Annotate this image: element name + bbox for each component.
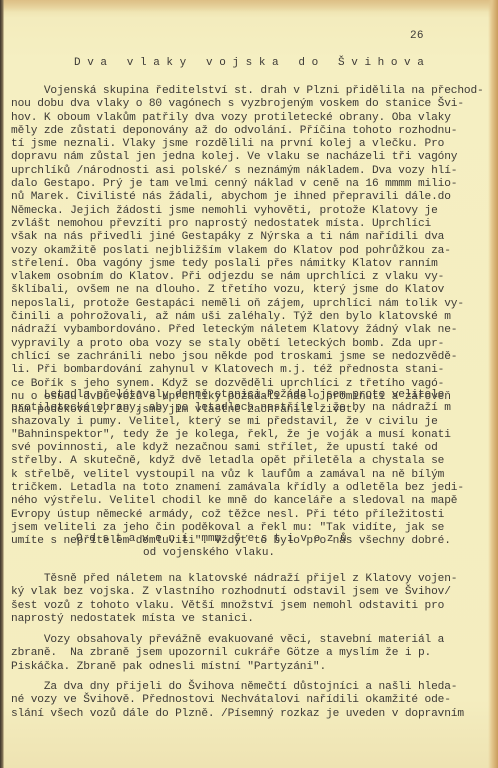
paragraph-1: Vojenská skupina ředitelství st. drah v …: [11, 85, 491, 417]
section-paragraph-1: Těsně před náletem na klatovské nádraží …: [11, 573, 491, 626]
text-line: Evropy ústup německé armády, což těžce n…: [11, 509, 491, 522]
text-line: střelby. A skutečně, když dvě letadla op…: [11, 455, 491, 468]
text-line: své povinnosti, ale když nezačnou sami s…: [11, 442, 491, 455]
text-line: ký vlak bez vojska. Z vlastního rozhodnu…: [11, 586, 491, 599]
section-paragraph-2: Vozy obsahovaly převážně evakuované věci…: [11, 634, 491, 674]
section-subtitle: od vojenského vlaku.: [143, 547, 275, 559]
text-line: vozy okamžitě poslati nejbližším vlakem …: [11, 245, 491, 258]
section-title: O d s t a v e n í mmm š e s t i v o z ů: [76, 533, 347, 545]
text-line: Piskáčka. Zbraně pak odnesli místní "Par…: [11, 661, 491, 674]
text-line: slání všech vozů dále do Plzně. /Písemný…: [11, 708, 491, 721]
text-line: činili a pohrožovali, až nám uši zaléhal…: [11, 311, 491, 324]
page-title: D v a v l a k y v o j s k a d o Š v i h …: [74, 57, 424, 69]
text-line: však na nás přivedli jiné Gestapáky z Ný…: [11, 231, 491, 244]
text-line: vlakem osobním do Klatov. Při odjezdu se…: [11, 271, 491, 284]
typewritten-page: 26 D v a v l a k y v o j s k a d o Š v i…: [0, 0, 498, 768]
page-number: 26: [410, 30, 424, 42]
text-line: Těsně před náletem na klatovské nádraží …: [11, 573, 491, 586]
text-line: Letadla přelétavaly denně stanici.Požáda…: [11, 389, 491, 402]
text-line: hov. K oboum vlakům patřily dva vozy pro…: [11, 112, 491, 125]
section-paragraph-3: Za dva dny přijeli do Švihova němečtí dů…: [11, 681, 491, 721]
text-line: né vozy ve Švihově. Přednostovi Nechváta…: [11, 694, 491, 707]
text-line: "Bahninspektor", tedy že je kolega, řekl…: [11, 429, 491, 442]
text-line: dopravu nám zůstal jen jedna kolej. Ve v…: [11, 151, 491, 164]
text-line: protiletecké obrany, aby po letadlech ne…: [11, 402, 491, 415]
text-line: nů Marek. Civilisté nás žádali, abychom …: [11, 191, 491, 204]
text-line: uprchlíků /národnosti asi polské/ s nezn…: [11, 165, 491, 178]
text-line: ného výstřelu. Velitel chodil ke mně do …: [11, 495, 491, 508]
paragraph-2: Letadla přelétavaly denně stanici.Požáda…: [11, 389, 491, 549]
text-line: tí jsme neznali. Vlaky jsme rozdělili na…: [11, 138, 491, 151]
text-line: nou dobu dva vlaky o 80 vagónech s vyzbr…: [11, 98, 491, 111]
text-line: Německa. Jejich žádosti jsme nemohli vyh…: [11, 205, 491, 218]
text-line: Vojenská skupina ředitelství st. drah v …: [11, 85, 491, 98]
text-line: střelení. Oba vagóny jsme tedy poslali p…: [11, 258, 491, 271]
text-line: šest vozů z tohoto vlaku. Větší množství…: [11, 600, 491, 613]
text-line: nádraží vybambordováno. Před leteckým ná…: [11, 324, 491, 337]
text-line: Vozy obsahovaly převážně evakuované věci…: [11, 634, 491, 647]
text-line: shazovaly i pumy. Velitel, který se mi p…: [11, 416, 491, 429]
text-line: k střelbě, velitel vystoupil na vůz k la…: [11, 469, 491, 482]
text-line: naprostý nedostatek místa ve stanici.: [11, 613, 491, 626]
text-line: měly zde zůstati deponovány až do odvolá…: [11, 125, 491, 138]
text-line: Za dva dny přijeli do Švihova němečtí dů…: [11, 681, 491, 694]
binding-edge: [0, 0, 4, 768]
text-line: neposlali, protože Gestapáci neměli oň z…: [11, 298, 491, 311]
text-line: šklíbali, ovšem ne na dlouho. Z třetího …: [11, 284, 491, 297]
text-line: tričkem. Letadla na toto znamení zamával…: [11, 482, 491, 495]
text-line: zvlášt nemohou převzíti pro naprostý ned…: [11, 218, 491, 231]
text-line: zbraně. Na zbraně jsem upozornil cukráře…: [11, 647, 491, 660]
text-line: vypravily a proto oba vozy se staly obět…: [11, 338, 491, 351]
text-line: chlící se zachránili nebo jsou někde pod…: [11, 351, 491, 364]
text-line: dalo Gestapo. Prý je tam velmi cenný nák…: [11, 178, 491, 191]
paper-stain: [0, 0, 498, 12]
text-line: li. Při bombardování zahynul v Klatovech…: [11, 364, 491, 377]
